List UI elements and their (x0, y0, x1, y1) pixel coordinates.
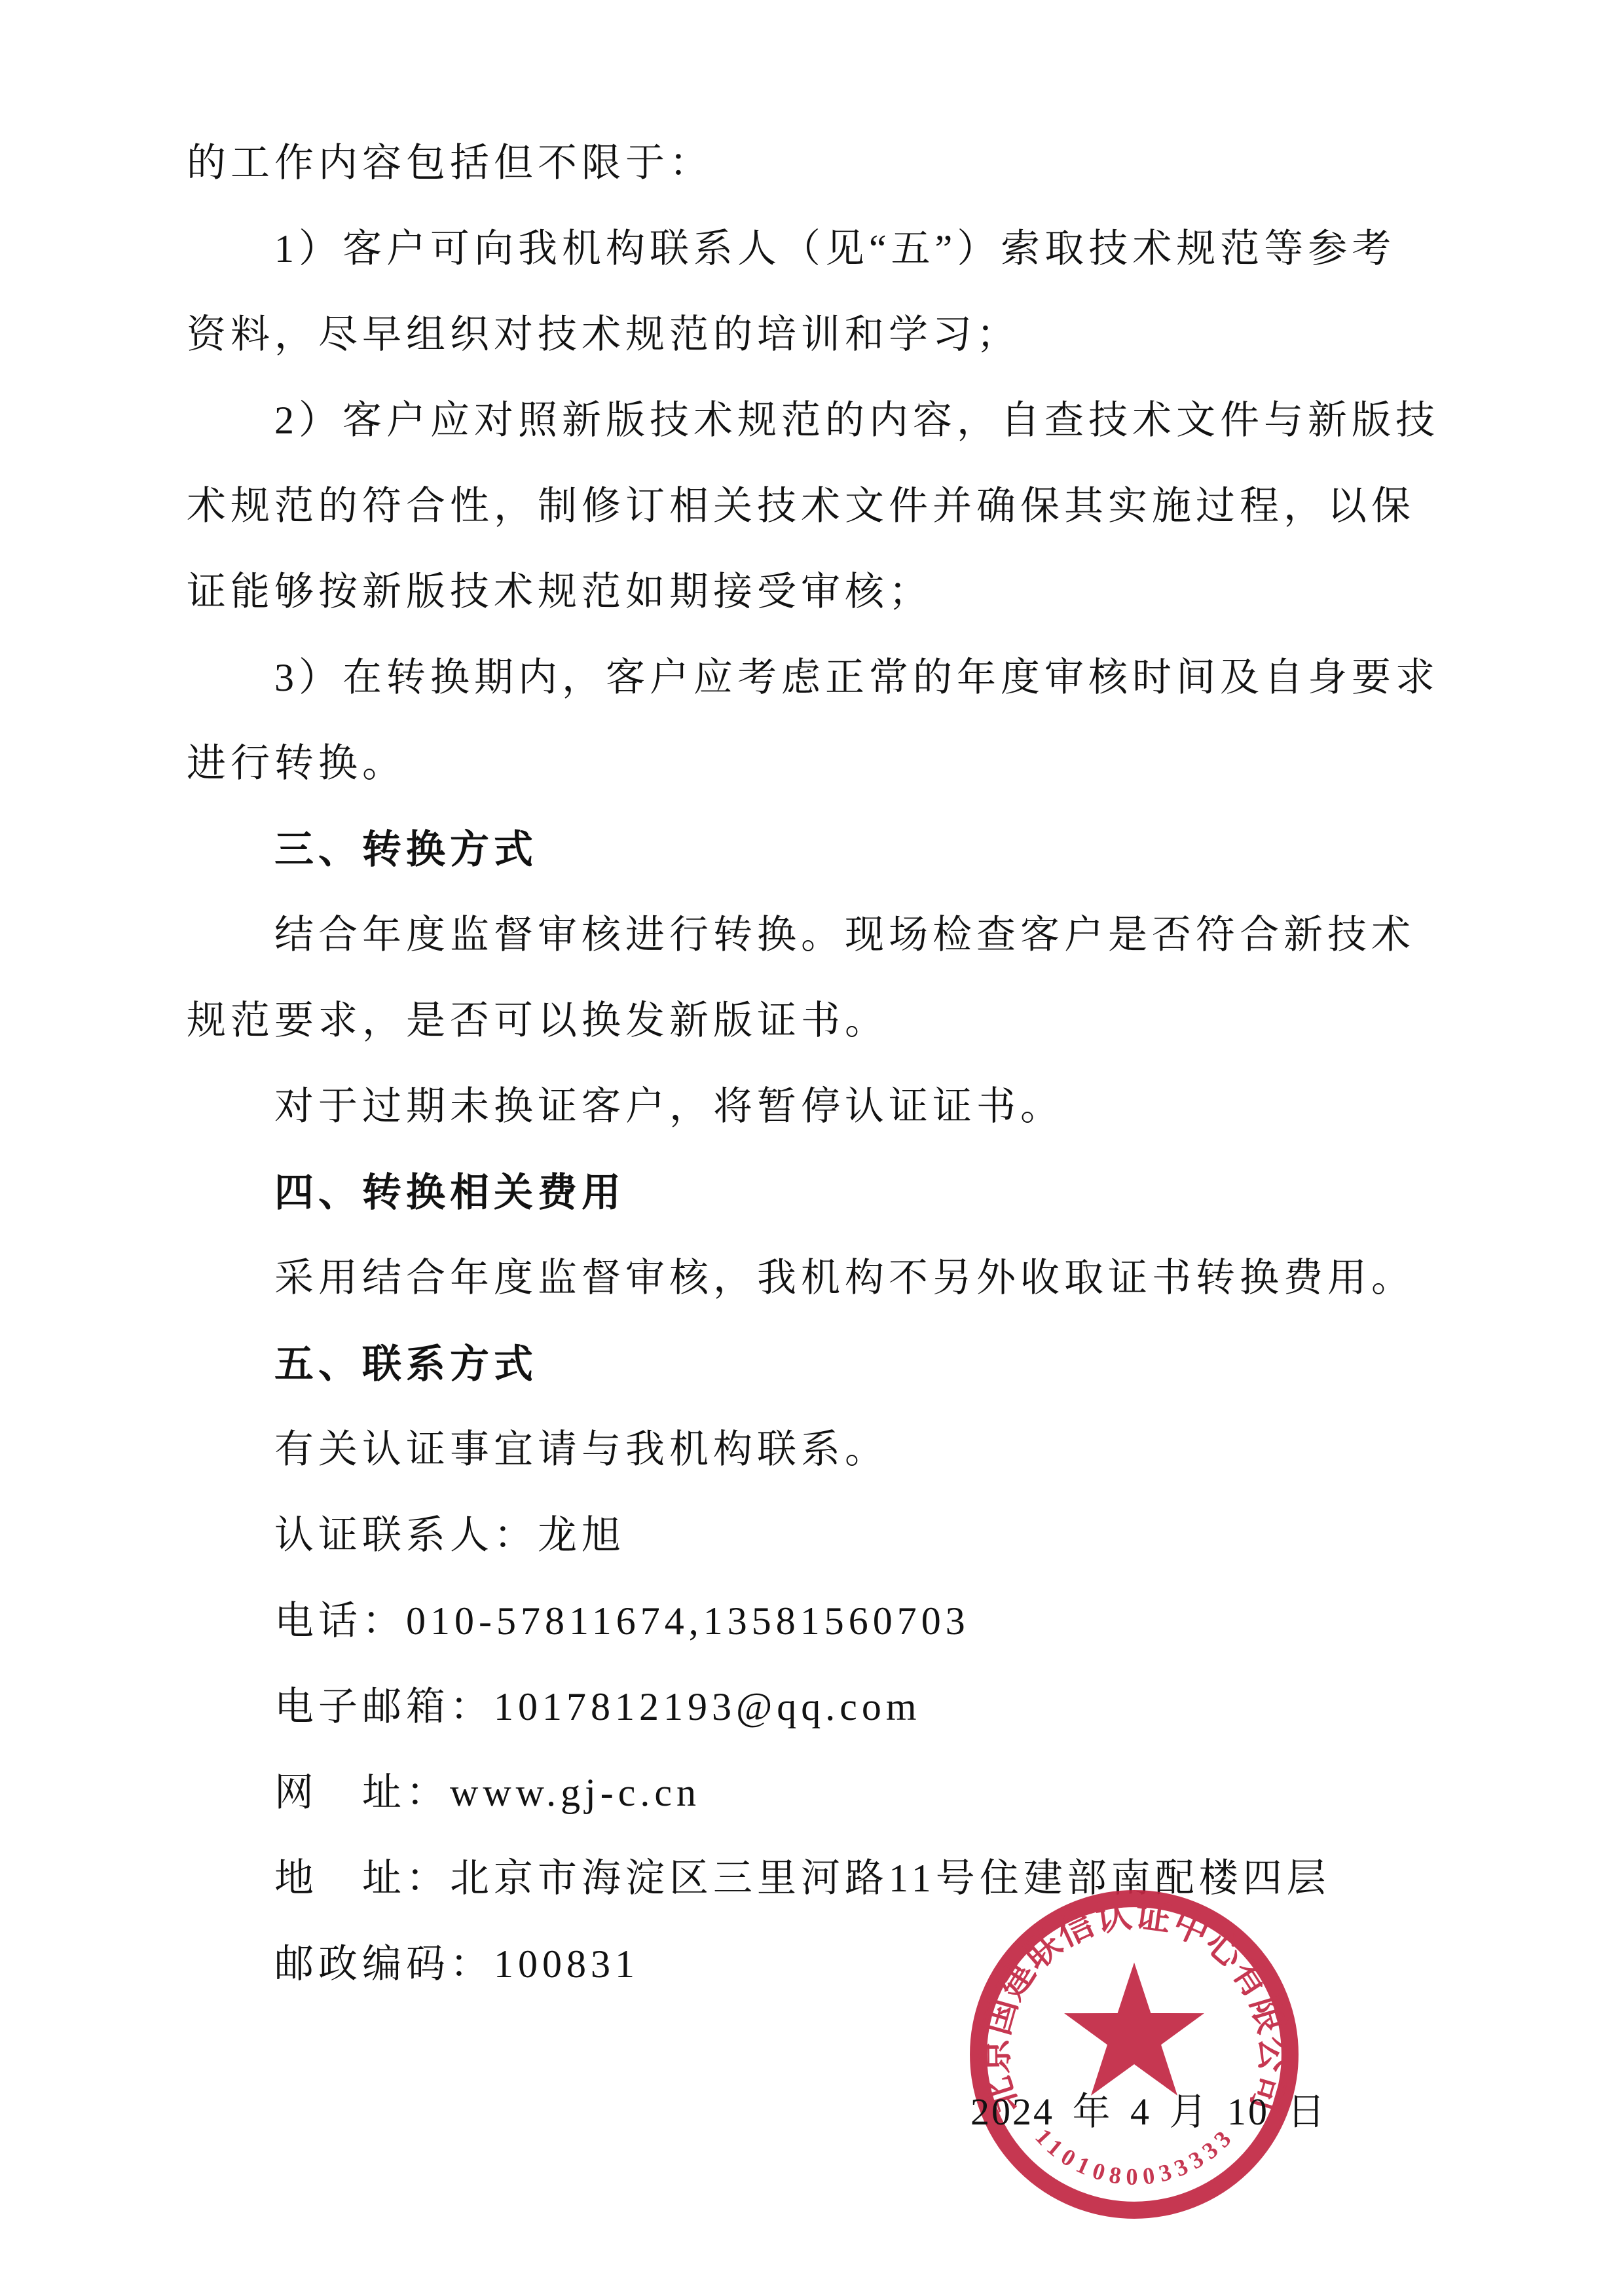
text-line: 认证联系人：龙旭 (187, 1493, 1457, 1578)
text-line: 3）在转换期内，客户应考虑正常的年度审核时间及自身要求 (187, 635, 1457, 721)
text-line: 1）客户可向我机构联系人（见“五”）索取技术规范等参考 (187, 206, 1457, 292)
text-line: 术规范的符合性，制修订相关技术文件并确保其实施过程，以保 (187, 464, 1457, 549)
text-line: 规范要求，是否可以换发新版证书。 (187, 978, 1457, 1064)
star-icon (1064, 1962, 1204, 2095)
text-line: 五、联系方式 (187, 1321, 1457, 1407)
text-line: 电子邮箱：1017812193@qq.com (187, 1664, 1457, 1750)
company-seal-stamp: 北京国建联信认证中心有限公司 1101080033333 (961, 1882, 1307, 2227)
text-line: 进行转换。 (187, 721, 1457, 807)
text-line: 采用结合年度监督审核，我机构不另外收取证书转换费用。 (187, 1235, 1457, 1321)
text-line: 三、转换方式 (187, 807, 1457, 892)
text-line: 对于过期未换证客户，将暂停认证证书。 (187, 1064, 1457, 1150)
text-line: 资料，尽早组织对技术规范的培训和学习； (187, 292, 1457, 378)
document-body: 的工作内容包括但不限于：1）客户可向我机构联系人（见“五”）索取技术规范等参考资… (187, 120, 1457, 2007)
text-line: 2）客户应对照新版技术规范的内容，自查技术文件与新版技 (187, 378, 1457, 464)
issue-date: 2024 年 4 月 10 日 (970, 2081, 1327, 2136)
text-line: 有关认证事宜请与我机构联系。 (187, 1407, 1457, 1493)
text-line: 四、转换相关费用 (187, 1150, 1457, 1235)
text-line: 结合年度监督审核进行转换。现场检查客户是否符合新技术 (187, 892, 1457, 978)
text-line: 证能够按新版技术规范如期接受审核； (187, 549, 1457, 635)
document-page: 的工作内容包括但不限于：1）客户可向我机构联系人（见“五”）索取技术规范等参考资… (0, 0, 1624, 2296)
text-line: 网 址：www.gj-c.cn (187, 1750, 1457, 1836)
text-line: 电话：010-57811674,13581560703 (187, 1578, 1457, 1664)
text-line: 的工作内容包括但不限于： (187, 120, 1457, 206)
